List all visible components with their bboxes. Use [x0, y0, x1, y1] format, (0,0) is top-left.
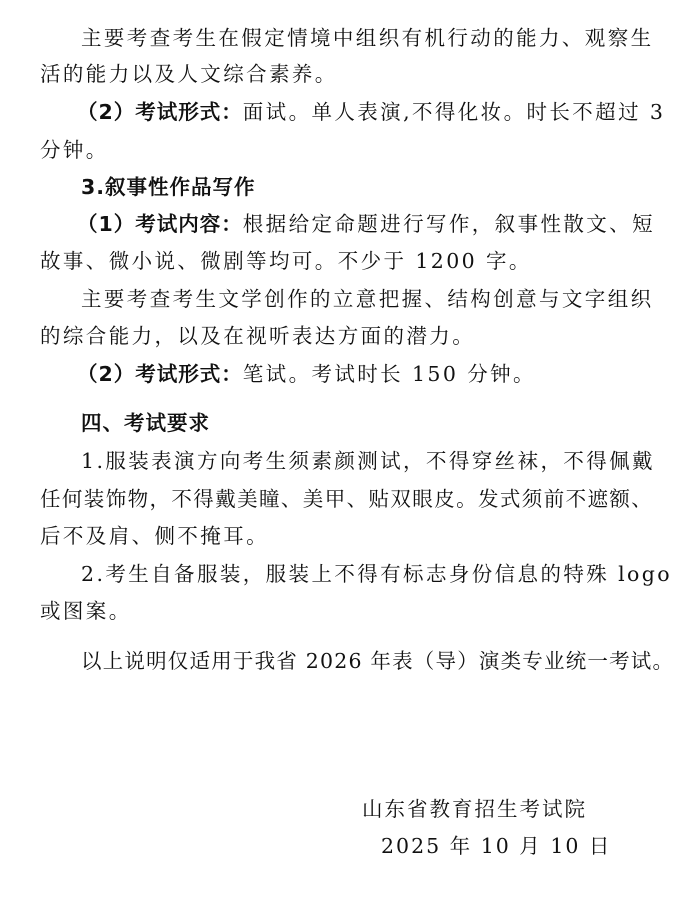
exam-format-line: （2）考试形式：笔试。考试时长 150 分钟。	[77, 362, 626, 386]
paragraph-line: 2.考生自备服装，服装上不得有标志身份信息的特殊 logo	[81, 562, 630, 586]
section-heading: 3.叙事性作品写作	[81, 175, 630, 199]
closing-note: 以上说明仅适用于我省 2026 年表（导）演类专业统一考试。	[81, 649, 630, 673]
paragraph-line: 或图案。	[40, 599, 630, 623]
exam-format-text: 笔试。考试时长 150 分钟。	[243, 362, 536, 386]
paragraph-line: 活的能力以及人文综合素养。	[40, 62, 630, 86]
signature-org: 山东省教育招生考试院	[362, 797, 587, 821]
paragraph-line: 分钟。	[40, 138, 630, 162]
exam-format-label: （2）考试形式：	[77, 362, 243, 386]
paragraph-line: 后不及肩、侧不掩耳。	[40, 524, 630, 548]
section-heading: 四、考试要求	[81, 411, 630, 435]
exam-format-label: （2）考试形式：	[77, 100, 243, 124]
exam-content-text: 根据给定命题进行写作，叙事性散文、短	[243, 212, 655, 236]
exam-content-line: （1）考试内容：根据给定命题进行写作，叙事性散文、短	[77, 212, 626, 236]
exam-format-text: 面试。单人表演,不得化妆。时长不超过 3	[243, 100, 666, 124]
exam-content-label: （1）考试内容：	[77, 212, 243, 236]
exam-format-line: （2）考试形式：面试。单人表演,不得化妆。时长不超过 3	[77, 100, 626, 124]
paragraph-line: 主要考查考生在假定情境中组织有机行动的能力、观察生	[81, 26, 630, 50]
signature-date: 2025 年 10 月 10 日	[381, 834, 611, 858]
paragraph-line: 故事、微小说、微剧等均可。不少于 1200 字。	[40, 249, 630, 273]
paragraph-line: 任何装饰物，不得戴美瞳、美甲、贴双眼皮。发式须前不遮额、	[40, 487, 630, 511]
paragraph-line: 主要考查考生文学创作的立意把握、结构创意与文字组织	[81, 287, 630, 311]
paragraph-line: 1.服装表演方向考生须素颜测试，不得穿丝袜，不得佩戴	[81, 449, 630, 473]
paragraph-line: 的综合能力，以及在视听表达方面的潜力。	[40, 324, 630, 348]
